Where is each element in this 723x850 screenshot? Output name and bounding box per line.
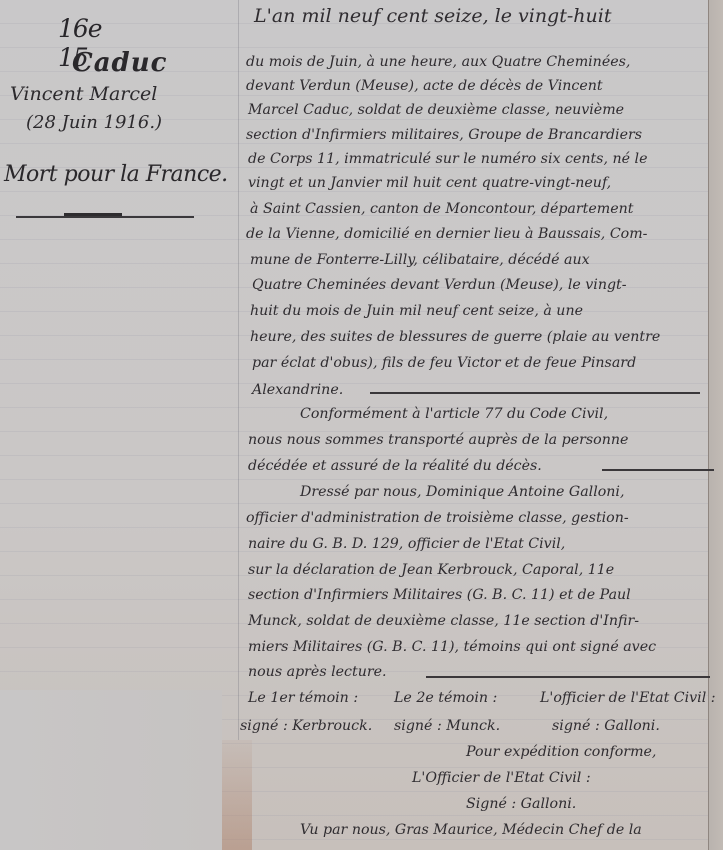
line-filler	[426, 676, 710, 678]
body-line: sur la déclaration de Jean Kerbrouck, Ca…	[248, 558, 614, 582]
closing-officer-title: L'Officier de l'Etat Civil :	[412, 766, 591, 790]
body-line: mune de Fonterre-Lilly, célibataire, déc…	[250, 248, 590, 272]
line-filler	[370, 392, 700, 394]
witness1-label: Le 1er témoin :	[248, 686, 358, 710]
surname: Caduc	[72, 48, 167, 78]
body-line: de la Vienne, domicilié en dernier lieu …	[246, 222, 647, 246]
closing-conformity: Pour expédition conforme,	[466, 740, 656, 764]
line-filler	[602, 469, 714, 471]
body-line: nous après lecture.	[248, 660, 387, 684]
margin-rule	[238, 0, 239, 740]
body-line: Munck, soldat de deuxième classe, 11e se…	[248, 609, 639, 633]
body-line: section d'Infirmiers Militaires (G. B. C…	[248, 583, 631, 607]
margin-underline	[16, 216, 194, 218]
body-line: naire du G. B. D. 129, officier de l'Eta…	[248, 532, 565, 556]
witness2-signature: signé : Munck.	[394, 714, 500, 738]
body-line: Conformément à l'article 77 du Code Civi…	[300, 402, 608, 426]
lower-left-paper-area	[0, 690, 222, 850]
body-line: Marcel Caduc, soldat de deuxième classe,…	[248, 98, 624, 122]
body-line: heure, des suites de blessures de guerre…	[250, 325, 660, 349]
mort-pour-la-france-mention: Mort pour la France.	[4, 162, 228, 187]
body-line: à Saint Cassien, canton de Moncontour, d…	[250, 197, 633, 221]
witness1-signature: signé : Kerbrouck.	[240, 714, 372, 738]
closing-visa: Vu par nous, Gras Maurice, Médecin Chef …	[300, 818, 642, 842]
body-line: officier d'administration de troisième c…	[246, 506, 629, 530]
body-line: nous nous sommes transporté auprès de la…	[248, 428, 628, 452]
body-line: huit du mois de Juin mil neuf cent seize…	[250, 299, 583, 323]
given-names: Vincent Marcel	[10, 83, 157, 105]
body-line: vingt et un Janvier mil huit cent quatre…	[248, 171, 611, 195]
body-line: miers Militaires (G. B. C. 11), témoins …	[248, 635, 656, 659]
page-shadow	[222, 740, 252, 850]
body-line: L'an mil neuf cent seize, le vingt-huit	[254, 4, 611, 28]
body-line: Quatre Cheminées devant Verdun (Meuse), …	[252, 273, 627, 297]
officer-signature: signé : Galloni.	[552, 714, 660, 738]
closing-signature: Signé : Galloni.	[466, 792, 576, 816]
page-edge	[708, 0, 723, 850]
body-line: Dressé par nous, Dominique Antoine Gallo…	[300, 480, 624, 504]
body-line: section d'Infirmiers militaires, Groupe …	[246, 123, 642, 147]
body-line: Alexandrine.	[252, 378, 343, 402]
officer-label: L'officier de l'Etat Civil :	[540, 686, 716, 710]
body-line: décédée et assuré de la réalité du décès…	[248, 454, 542, 478]
death-date: (28 Juin 1916.)	[26, 112, 162, 133]
body-line: par éclat d'obus), fils de feu Victor et…	[252, 351, 636, 375]
witness2-label: Le 2e témoin :	[394, 686, 497, 710]
body-line: devant Verdun (Meuse), acte de décès de …	[246, 74, 603, 98]
body-line: de Corps 11, immatriculé sur le numéro s…	[248, 147, 647, 171]
body-line: du mois de Juin, à une heure, aux Quatre…	[246, 50, 630, 74]
